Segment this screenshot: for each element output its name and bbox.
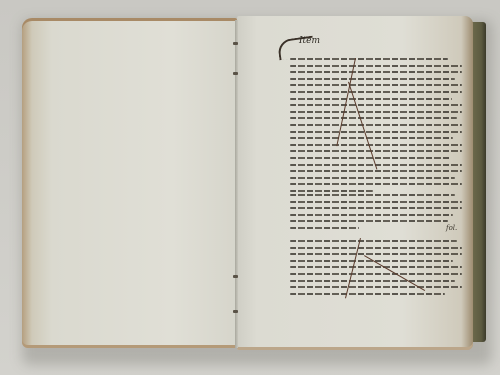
binding-stitch	[233, 42, 238, 45]
heading-text: Item	[299, 36, 320, 46]
folio-mark: fol.	[446, 224, 457, 232]
paragraph-3	[290, 240, 462, 299]
binding-stitch	[233, 72, 238, 75]
left-page-blank	[22, 18, 237, 348]
binding-stitch	[233, 310, 238, 313]
manuscript-photo: Item fol.	[0, 0, 500, 375]
binding-stitch	[233, 275, 238, 278]
paragraph-2	[290, 194, 462, 234]
paragraph-1	[290, 58, 462, 196]
binding-gutter	[235, 20, 238, 348]
